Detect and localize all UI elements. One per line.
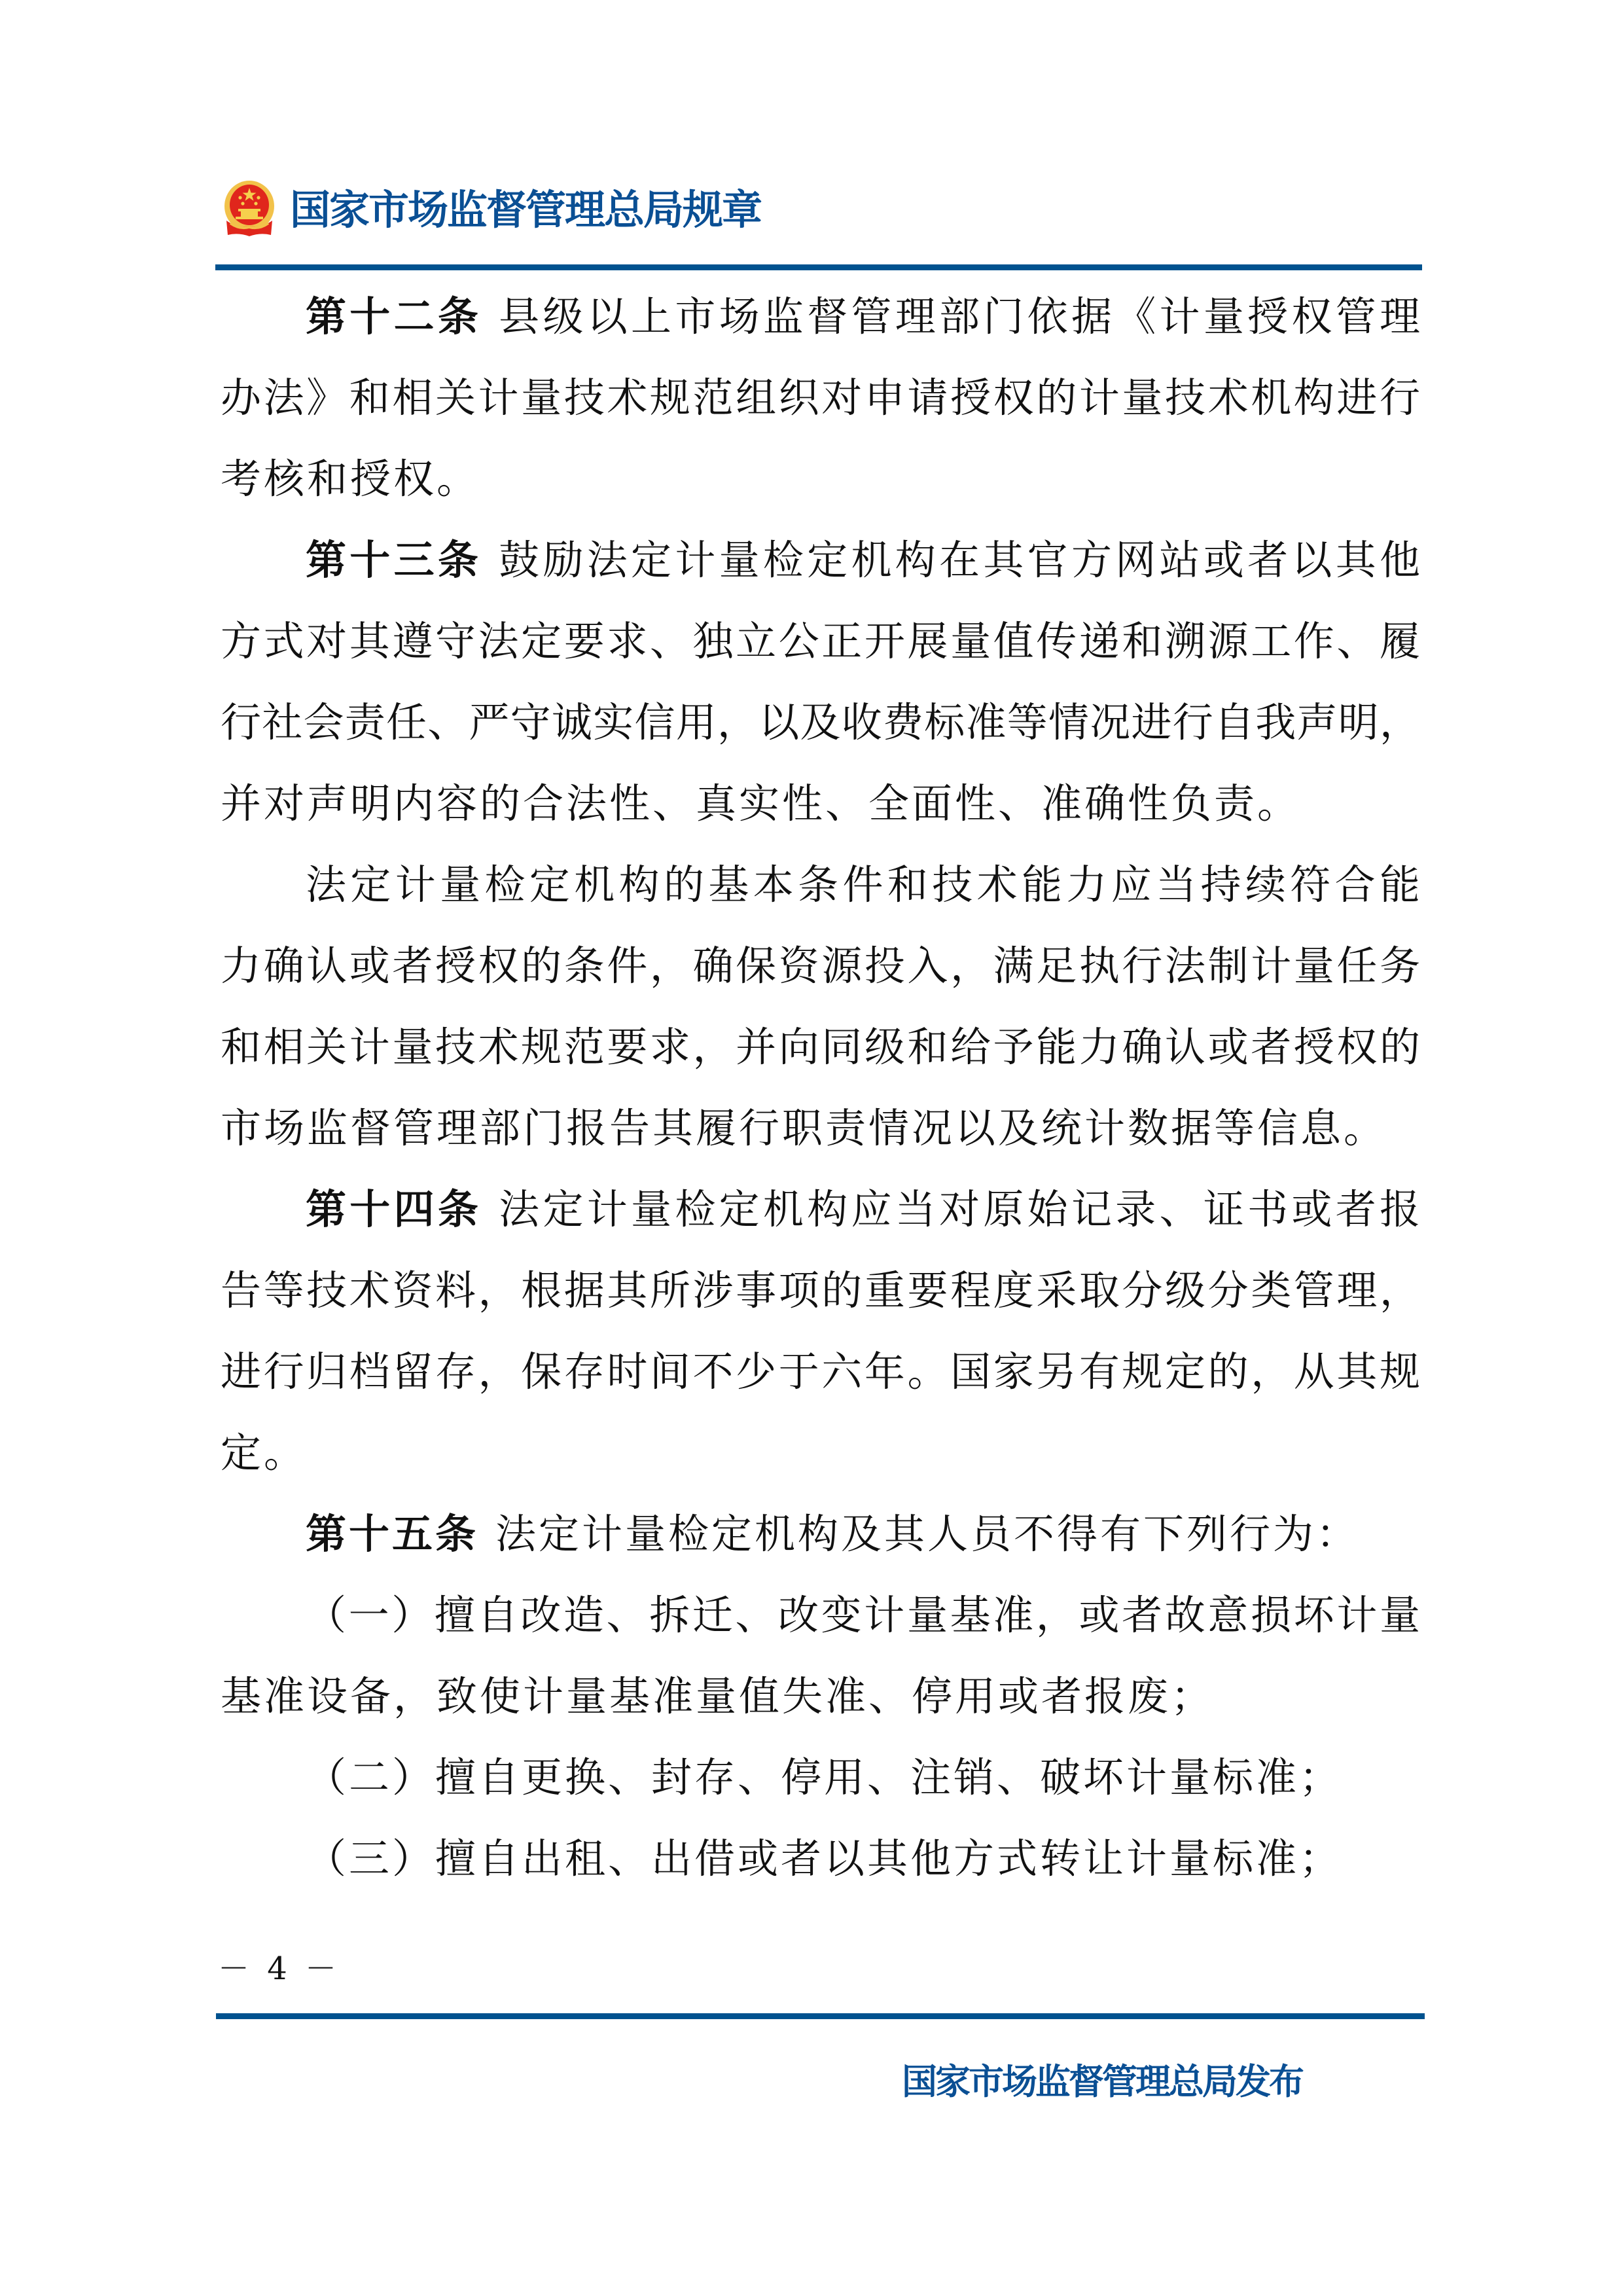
line-text: 市场监督管理部门报告其履行职责情况以及统计数据等信息。: [221, 1104, 1387, 1152]
body-line: 告等技术资料，根据其所涉事项的重要程度采取分级分类管理，: [221, 1250, 1420, 1331]
article-line: 第十二条县级以上市场监督管理部门依据《计量授权管理: [221, 276, 1420, 357]
line-text: 告等技术资料，根据其所涉事项的重要程度采取分级分类管理，: [221, 1266, 1420, 1314]
body-line: 定。: [221, 1412, 1420, 1494]
line-text: （二）擅自更换、封存、停用、注销、破坏计量标准；: [306, 1753, 1342, 1801]
body-line: 办法》和相关计量技术规范组织对申请授权的计量技术机构进行: [221, 357, 1420, 439]
body-line: （三）擅自出租、出借或者以其他方式转让计量标准；: [221, 1818, 1420, 1899]
line-text: 法定计量检定机构的基本条件和技术能力应当持续符合能: [306, 861, 1420, 908]
page-number: － 4 －: [218, 1949, 340, 1988]
line-text: 方式对其遵守法定要求、独立公正开展量值传递和溯源工作、履: [221, 617, 1420, 665]
body-line: 市场监督管理部门报告其履行职责情况以及统计数据等信息。: [221, 1088, 1420, 1169]
line-text: 和相关计量技术规范要求，并向同级和给予能力确认或者授权的: [221, 1023, 1420, 1071]
line-text: 行社会责任、严守诚实信用，以及收费标准等情况进行自我声明，: [221, 698, 1420, 746]
body-line: 并对声明内容的合法性、真实性、全面性、准确性负责。: [221, 763, 1420, 844]
line-text: （三）擅自出租、出借或者以其他方式转让计量标准；: [306, 1835, 1342, 1882]
body-line: 力确认或者授权的条件，确保资源投入，满足执行法制计量任务: [221, 925, 1420, 1007]
line-text: 办法》和相关计量技术规范组织对申请授权的计量技术机构进行: [221, 374, 1420, 422]
body-line: 行社会责任、严守诚实信用，以及收费标准等情况进行自我声明，: [221, 682, 1420, 763]
article-number: 第十五条: [306, 1510, 478, 1558]
body-line: （一）擅自改造、拆迁、改变计量基准，或者故意损坏计量: [221, 1575, 1420, 1656]
line-text: （一）擅自改造、拆迁、改变计量基准，或者故意损坏计量: [306, 1591, 1420, 1639]
line-text: 力确认或者授权的条件，确保资源投入，满足执行法制计量任务: [221, 942, 1420, 990]
footer-divider: [216, 2013, 1425, 2019]
article-number: 第十二条: [306, 293, 482, 340]
article-line: 第十三条鼓励法定计量检定机构在其官方网站或者以其他: [221, 520, 1420, 601]
national-emblem-icon: [224, 180, 275, 239]
line-text: 法定计量检定机构应当对原始记录、证书或者报: [499, 1185, 1420, 1233]
line-text: 基准设备，致使计量基准量值失准、停用或者报废；: [221, 1672, 1214, 1720]
body-line: 和相关计量技术规范要求，并向同级和给予能力确认或者授权的: [221, 1007, 1420, 1088]
line-text: 县级以上市场监督管理部门依据《计量授权管理: [499, 293, 1420, 340]
document-body: 第十二条县级以上市场监督管理部门依据《计量授权管理办法》和相关计量技术规范组织对…: [221, 276, 1420, 1899]
line-text: 考核和授权。: [221, 455, 480, 503]
line-text: 定。: [221, 1429, 307, 1477]
footer-publisher: 国家市场监督管理总局发布: [902, 2059, 1302, 2105]
line-text: 法定计量检定机构及其人员不得有下列行为：: [495, 1510, 1359, 1558]
line-text: 进行归档留存，保存时间不少于六年。国家另有规定的，从其规: [221, 1348, 1420, 1395]
article-line: 第十五条法定计量检定机构及其人员不得有下列行为：: [221, 1494, 1420, 1575]
body-line: （二）擅自更换、封存、停用、注销、破坏计量标准；: [221, 1737, 1420, 1818]
article-number: 第十四条: [306, 1185, 482, 1233]
article-number: 第十三条: [306, 536, 482, 584]
header-divider: [215, 264, 1422, 270]
body-line: 进行归档留存，保存时间不少于六年。国家另有规定的，从其规: [221, 1331, 1420, 1412]
header-title: 国家市场监督管理总局规章: [290, 186, 761, 234]
page-header: 国家市场监督管理总局规章: [215, 171, 1422, 270]
body-line: 方式对其遵守法定要求、独立公正开展量值传递和溯源工作、履: [221, 601, 1420, 682]
body-line: 基准设备，致使计量基准量值失准、停用或者报废；: [221, 1656, 1420, 1737]
article-line: 第十四条法定计量检定机构应当对原始记录、证书或者报: [221, 1169, 1420, 1250]
line-text: 鼓励法定计量检定机构在其官方网站或者以其他: [499, 536, 1420, 584]
line-text: 并对声明内容的合法性、真实性、全面性、准确性负责。: [221, 780, 1300, 827]
body-line: 考核和授权。: [221, 439, 1420, 520]
body-line: 法定计量检定机构的基本条件和技术能力应当持续符合能: [221, 844, 1420, 925]
